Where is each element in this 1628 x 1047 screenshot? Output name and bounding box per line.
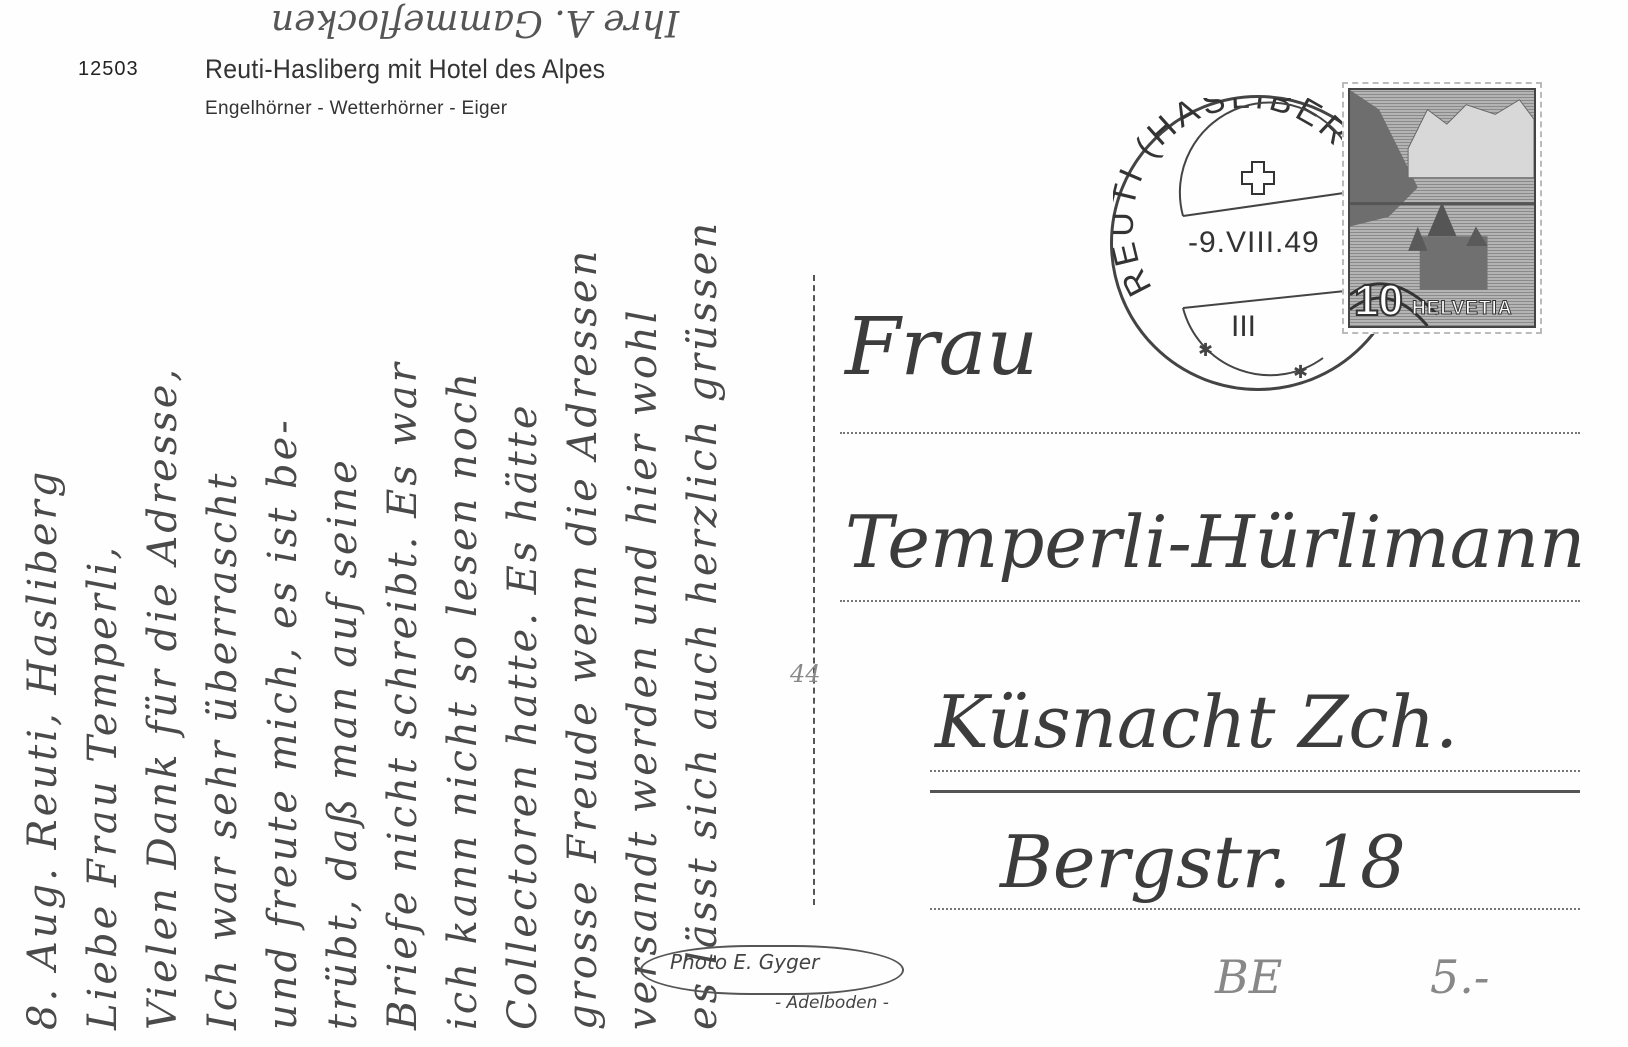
address-salutation: Frau — [845, 300, 1038, 393]
pencil-code: BE — [1215, 950, 1282, 1004]
postage-stamp: 10 HELVETIA — [1342, 82, 1542, 334]
message-line: Briefe nicht schreibt. Es war — [380, 50, 440, 1030]
postmark-date: -9.VIII.49 — [1188, 226, 1320, 260]
address-city: Küsnacht Zch. — [935, 680, 1458, 764]
postmark-place: REUTI (HASLIBERG) — [1113, 98, 1358, 302]
message-line: und freute mich, es ist be- — [260, 50, 320, 1030]
stamp-image: 10 HELVETIA — [1348, 88, 1536, 328]
pencil-mark: 44 — [790, 660, 821, 688]
message-line: Liebe Frau Temperli, — [80, 50, 140, 1030]
svg-text:REUTI (HASLIBERG): REUTI (HASLIBERG) — [1113, 98, 1358, 302]
handwritten-message: 8. Aug. Reuti, Hasliberg Liebe Frau Temp… — [20, 50, 810, 1030]
postmark-number: III — [1231, 310, 1256, 344]
stamp-country: HELVETIA — [1412, 298, 1513, 320]
address-name: Temperli-Hürlimann — [845, 500, 1585, 584]
address-city-underline — [930, 790, 1580, 793]
message-line: es lässt sich auch herzlich grüssen — [680, 50, 740, 1030]
address-line-rule — [840, 600, 1580, 602]
swiss-cross-icon — [1242, 162, 1274, 194]
message-line: trübt, daß man auf seine — [320, 50, 380, 1030]
message-line: grosse Freude wenn die Adressen — [560, 50, 620, 1030]
publisher-name: Photo E. Gyger — [670, 950, 819, 974]
center-divider — [813, 275, 815, 905]
svg-text:✱: ✱ — [1198, 340, 1213, 360]
postcard-back: 12503 Reuti-Hasliberg mit Hotel des Alpe… — [0, 0, 1628, 1047]
handwritten-signature-upside-down: Ihre A. Gammeflocken — [150, 2, 800, 43]
svg-text:✱: ✱ — [1293, 362, 1308, 382]
address-line-rule — [840, 432, 1580, 434]
message-line: Vielen Dank für die Adresse, — [140, 50, 200, 1030]
message-line: Ich war sehr überrascht — [200, 50, 260, 1030]
pencil-price: 5.- — [1430, 950, 1489, 1004]
publisher-place: - Adelboden - — [775, 993, 889, 1013]
address-street: Bergstr. 18 — [1000, 820, 1406, 904]
address-line-rule — [930, 908, 1580, 910]
stamp-value: 10 — [1354, 276, 1403, 326]
message-line: Collectoren hatte. Es hätte — [500, 50, 560, 1030]
message-line: 8. Aug. Reuti, Hasliberg — [20, 50, 80, 1030]
message-line: versandt werden und hier wohl — [620, 50, 680, 1030]
address-line-rule — [930, 770, 1580, 772]
message-line: ich kann nicht so lesen noch — [440, 50, 500, 1030]
